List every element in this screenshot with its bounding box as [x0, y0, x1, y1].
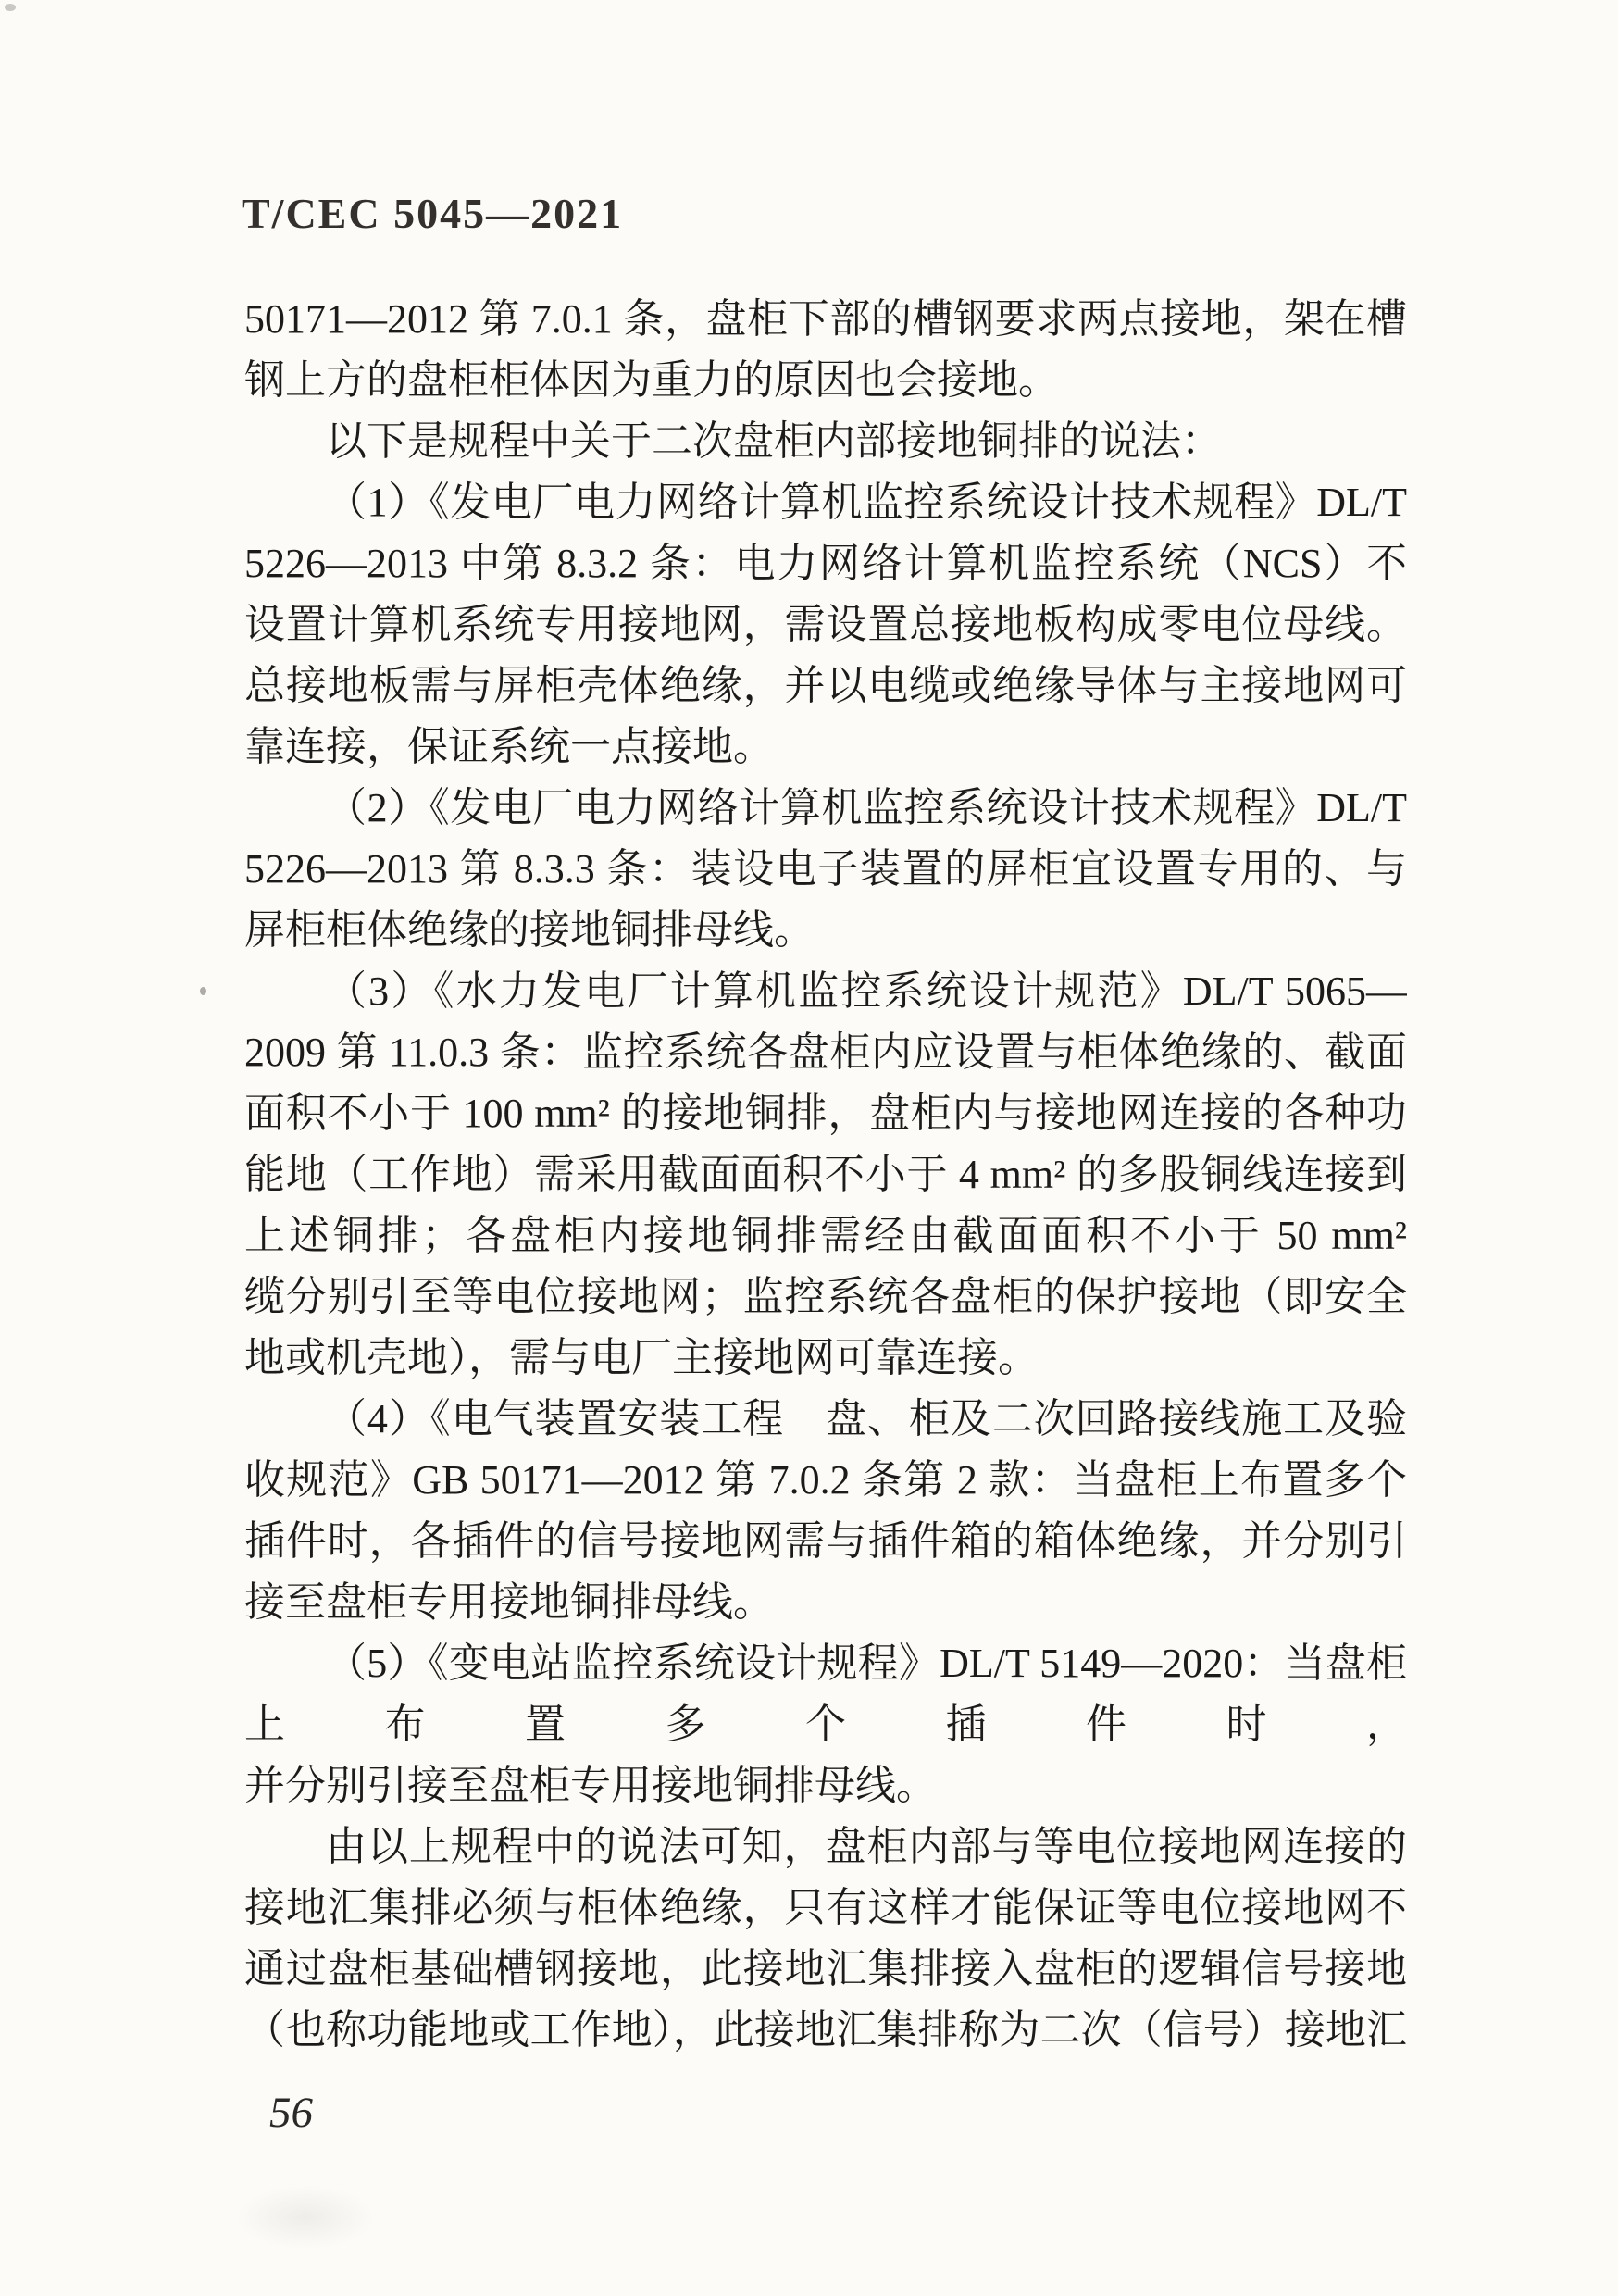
text-line: 通过盘柜基础槽钢接地，此接地汇集排接入盘柜的逻辑信号接地: [244, 1939, 1407, 2000]
text-line: 插件时，各插件的信号接地网需与插件箱的箱体绝缘，并分别引: [244, 1511, 1407, 1572]
text-line: （也称功能地或工作地），此接地汇集排称为二次（信号）接地汇: [244, 2000, 1407, 2061]
scan-speck: [5, 4, 16, 11]
text-line: 地或机壳地），需与电厂主接地网可靠连接。: [244, 1328, 1407, 1389]
text-line: 屏柜柜体绝缘的接地铜排母线。: [244, 900, 1407, 961]
text-line: 5226—2013 第 8.3.3 条：装设电子装置的屏柜宜设置专用的、与: [244, 839, 1407, 900]
scan-smudge: [236, 2185, 375, 2250]
paragraph: 由以上规程中的说法可知，盘柜内部与等电位接地网连接的接地汇集排必须与柜体绝缘，只…: [244, 1816, 1407, 2061]
text-line: （1）《发电厂电力网络计算机监控系统设计技术规程》DL/T: [244, 472, 1407, 533]
paragraph: （1）《发电厂电力网络计算机监控系统设计技术规程》DL/T5226—2013 中…: [244, 472, 1407, 778]
text-line: 缆分别引至等电位接地网；监控系统各盘柜的保护接地（即安全: [244, 1267, 1407, 1328]
document-body: 50171—2012 第 7.0.1 条，盘柜下部的槽钢要求两点接地，架在槽钢上…: [244, 289, 1407, 2061]
text-line: 2009 第 11.0.3 条：监控系统各盘柜内应设置与柜体绝缘的、截面: [244, 1022, 1407, 1083]
text-line: 以下是规程中关于二次盘柜内部接地铜排的说法：: [244, 411, 1407, 472]
paragraph: （2）《发电厂电力网络计算机监控系统设计技术规程》DL/T5226—2013 第…: [244, 778, 1407, 961]
text-line: （3）《水力发电厂计算机监控系统设计规范》DL/T 5065—: [244, 961, 1407, 1022]
text-line: 接至盘柜专用接地铜排母线。: [244, 1572, 1407, 1633]
text-line: 能地（工作地）需采用截面面积不小于 4 mm² 的多股铜线连接到: [244, 1144, 1407, 1205]
text-line: 设置计算机系统专用接地网，需设置总接地板构成零电位母线。: [244, 594, 1407, 655]
text-line: 钢上方的盘柜柜体因为重力的原因也会接地。: [244, 350, 1407, 411]
text-line: 靠连接，保证系统一点接地。: [244, 717, 1407, 778]
text-line: 50171—2012 第 7.0.1 条，盘柜下部的槽钢要求两点接地，架在槽: [244, 289, 1407, 350]
text-line: 接地汇集排必须与柜体绝缘，只有这样才能保证等电位接地网不: [244, 1878, 1407, 1939]
paragraph: （3）《水力发电厂计算机监控系统设计规范》DL/T 5065—2009 第 11…: [244, 961, 1407, 1389]
text-line: 上述铜排；各盘柜内接地铜排需经由截面面积不小于 50 mm² 的铜: [244, 1205, 1407, 1267]
paragraph: 以下是规程中关于二次盘柜内部接地铜排的说法：: [244, 411, 1407, 472]
text-line: 总接地板需与屏柜壳体绝缘，并以电缆或绝缘导体与主接地网可: [244, 655, 1407, 717]
paragraph: （5）《变电站监控系统设计规程》DL/T 5149—2020：当盘柜上布置多个插…: [244, 1633, 1407, 1816]
text-line: 并分别引接至盘柜专用接地铜排母线。: [244, 1755, 1407, 1816]
text-line: 上布置多个插件时，各插件的信号接地网需与插件箱的箱体绝缘，: [244, 1694, 1407, 1755]
page-number: 56: [269, 2088, 313, 2138]
standard-number-header: T/CEC 5045—2021: [242, 189, 623, 238]
text-line: （4）《电气装置安装工程 盘、柜及二次回路接线施工及验: [244, 1389, 1407, 1450]
document-page: T/CEC 5045—2021 50171—2012 第 7.0.1 条，盘柜下…: [0, 0, 1618, 2296]
paragraph: 50171—2012 第 7.0.1 条，盘柜下部的槽钢要求两点接地，架在槽钢上…: [244, 289, 1407, 411]
text-line: （5）《变电站监控系统设计规程》DL/T 5149—2020：当盘柜: [244, 1633, 1407, 1694]
paragraph: （4）《电气装置安装工程 盘、柜及二次回路接线施工及验收规范》GB 50171—…: [244, 1389, 1407, 1633]
scan-speck: [200, 987, 206, 995]
text-line: 由以上规程中的说法可知，盘柜内部与等电位接地网连接的: [244, 1816, 1407, 1878]
text-line: 5226—2013 中第 8.3.2 条：电力网络计算机监控系统（NCS）不: [244, 533, 1407, 594]
text-line: 面积不小于 100 mm² 的接地铜排，盘柜内与接地网连接的各种功: [244, 1083, 1407, 1144]
text-line: 收规范》GB 50171—2012 第 7.0.2 条第 2 款：当盘柜上布置多…: [244, 1450, 1407, 1511]
text-line: （2）《发电厂电力网络计算机监控系统设计技术规程》DL/T: [244, 778, 1407, 839]
